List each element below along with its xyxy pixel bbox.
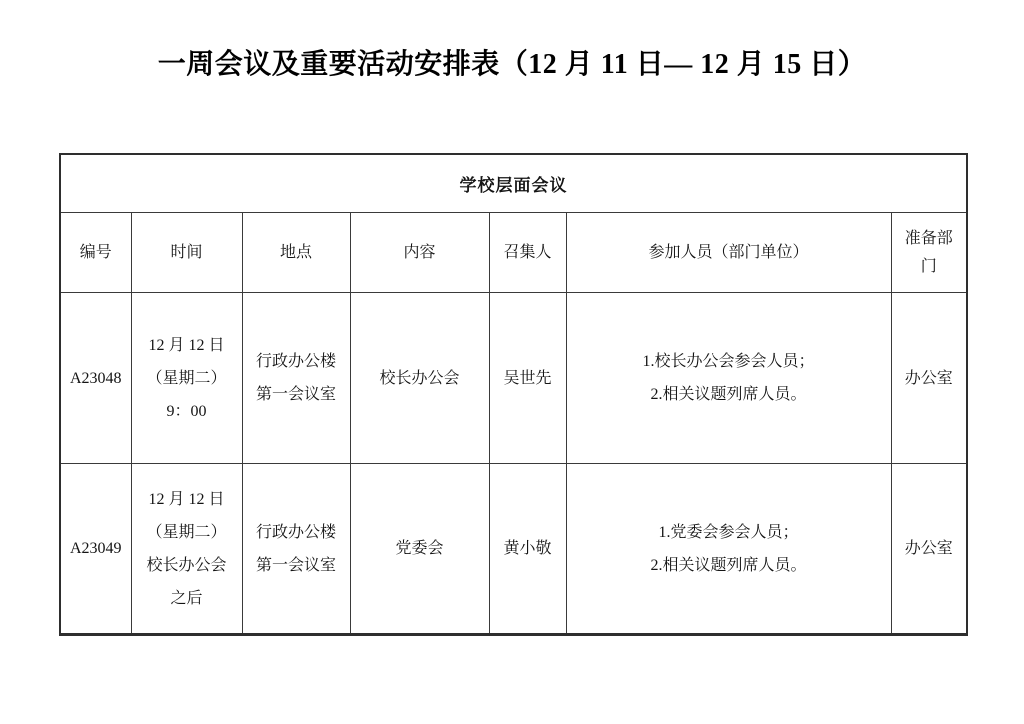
cell-meeting-convener: 吴世先: [489, 293, 566, 464]
participants-line: 2.相关议题列席人员。: [567, 549, 891, 582]
cell-meeting-id: A23048: [60, 293, 131, 464]
cell-meeting-content: 党委会: [350, 464, 489, 635]
time-line: 校长办公会: [132, 549, 242, 582]
participants-line: 1.党委会参会人员；: [567, 516, 891, 549]
location-line: 第一会议室: [243, 549, 350, 582]
cell-meeting-convener: 黄小敬: [489, 464, 566, 635]
cell-meeting-participants: 1.校长办公会参会人员； 2.相关议题列席人员。: [566, 293, 891, 464]
column-header-id: 编号: [60, 213, 131, 293]
participants-line: 2.相关议题列席人员。: [567, 378, 891, 411]
location-line: 第一会议室: [243, 378, 350, 411]
table-row: A23049 12 月 12 日 （星期二） 校长办公会 之后 行政办公楼 第一…: [60, 464, 967, 635]
time-line: 12 月 12 日: [132, 329, 242, 362]
cell-meeting-time: 12 月 12 日 （星期二） 9：00: [131, 293, 242, 464]
time-line: 12 月 12 日: [132, 483, 242, 516]
cell-meeting-location: 行政办公楼 第一会议室: [242, 293, 350, 464]
location-line: 行政办公楼: [243, 516, 350, 549]
cell-meeting-participants: 1.党委会参会人员； 2.相关议题列席人员。: [566, 464, 891, 635]
cell-prep-department: 办公室: [891, 464, 967, 635]
time-line: （星期二）: [132, 516, 242, 549]
time-line: 9：00: [132, 395, 242, 428]
document-page: 一周会议及重要活动安排表（12 月 11 日— 12 月 15 日） 学校层面会…: [0, 0, 1024, 724]
column-header-time: 时间: [131, 213, 242, 293]
location-line: 行政办公楼: [243, 345, 350, 378]
cell-meeting-content: 校长办公会: [350, 293, 489, 464]
cell-meeting-time: 12 月 12 日 （星期二） 校长办公会 之后: [131, 464, 242, 635]
table-row: A23048 12 月 12 日 （星期二） 9：00 行政办公楼 第一会议室 …: [60, 293, 967, 464]
table-header-row: 编号 时间 地点 内容 召集人 参加人员（部门单位） 准备部门: [60, 213, 967, 293]
column-header-participants: 参加人员（部门单位）: [566, 213, 891, 293]
time-line: 之后: [132, 582, 242, 615]
column-header-convener: 召集人: [489, 213, 566, 293]
cell-meeting-id: A23049: [60, 464, 131, 635]
meeting-schedule-table: 学校层面会议 编号 时间 地点 内容 召集人 参加人员（部门单位） 准备部门 A…: [59, 153, 968, 636]
page-title: 一周会议及重要活动安排表（12 月 11 日— 12 月 15 日）: [0, 42, 1024, 82]
column-header-prep-department: 准备部门: [891, 213, 967, 293]
column-header-content: 内容: [350, 213, 489, 293]
table-section-row: 学校层面会议: [60, 154, 967, 213]
column-header-location: 地点: [242, 213, 350, 293]
table-section-header: 学校层面会议: [60, 154, 967, 213]
cell-prep-department: 办公室: [891, 293, 967, 464]
participants-line: 1.校长办公会参会人员；: [567, 345, 891, 378]
time-line: （星期二）: [132, 362, 242, 395]
cell-meeting-location: 行政办公楼 第一会议室: [242, 464, 350, 635]
